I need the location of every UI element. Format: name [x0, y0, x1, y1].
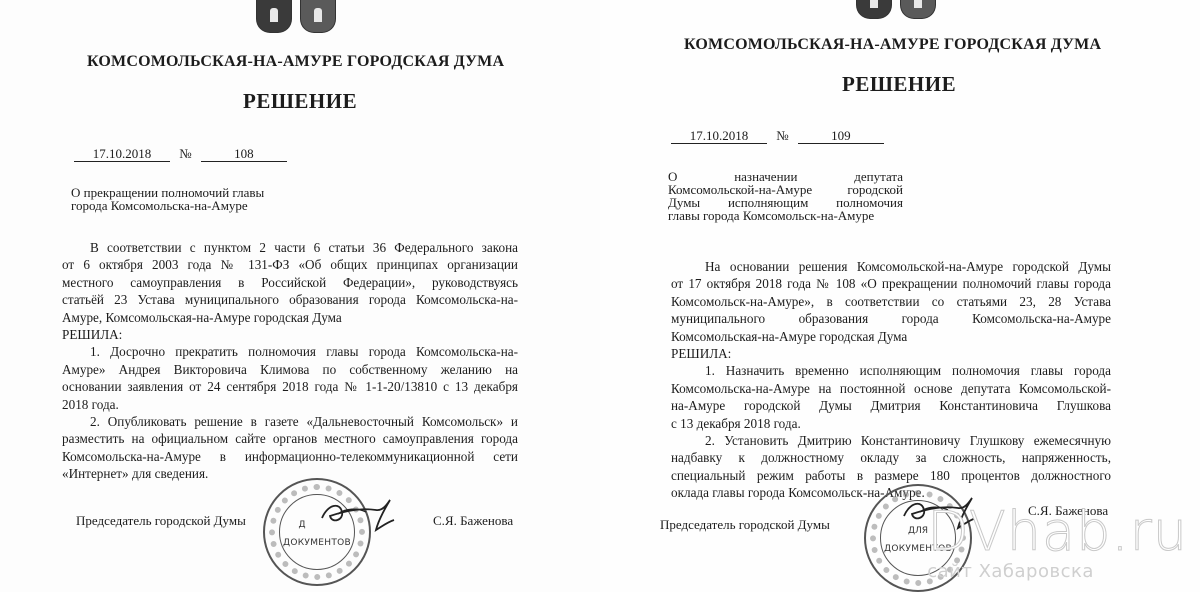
signature-icon — [318, 496, 398, 536]
site-watermark: DVhab.ru сайт Хабаровска — [927, 505, 1188, 582]
preamble-line: статьёй 23 Устава муниципального образов… — [62, 291, 518, 308]
subject-line: главы города Комсомольск-на-Амуре — [668, 209, 903, 222]
city-emblem-icon — [300, 0, 336, 33]
seal-bottom-text: ДОКУМЕНТОВ — [265, 538, 369, 548]
preamble-line: муниципального образования города Комсом… — [671, 310, 1111, 327]
preamble-line: от 17 октября 2018 года № 108 «О прекращ… — [671, 275, 1111, 292]
document-date: 17.10.2018 — [671, 129, 767, 144]
organization-name: КОМСОМОЛЬСКАЯ-НА-АМУРЕ ГОРОДСКАЯ ДУМА — [684, 36, 1101, 54]
signer-role: Председатель городской Думы — [76, 513, 246, 529]
coat-of-arms-icon — [856, 0, 892, 19]
number-sign: № — [776, 128, 788, 143]
item-2-line: специальный режим работы в размере 180 п… — [671, 467, 1111, 484]
preamble-line: местного самоуправления в Российской Фед… — [62, 274, 518, 291]
item-2-line: разместить на официальном сайте органов … — [62, 430, 518, 447]
document-body: На основании решения Комсомольской-на-Ам… — [671, 258, 1111, 502]
item-2-line: 2. Установить Дмитрию Константиновичу Гл… — [671, 432, 1111, 449]
date-number-line: 17.10.2018 № 108 — [74, 146, 287, 162]
preamble-line: Комсомольская-на-Амуре городская Дума — [671, 328, 1111, 345]
document-subject: О прекращении полномочий главы города Ко… — [71, 186, 264, 212]
signer-name: С.Я. Баженова — [433, 513, 513, 529]
preamble-line: Амуре, Комсомольская-на-Амуре городская … — [62, 309, 518, 326]
coat-of-arms-group — [256, 0, 336, 33]
document-number: 108 — [201, 147, 287, 162]
document-type-title: РЕШЕНИЕ — [243, 89, 357, 114]
item-1-line: на-Амуре городской Думы Дмитрия Констант… — [671, 397, 1111, 414]
resolved-label: РЕШИЛА: — [62, 326, 518, 343]
document-date: 17.10.2018 — [74, 147, 170, 162]
item-1-line: Комсомольска-на-Амуре на постоянной осно… — [671, 380, 1111, 397]
document-decision-108: КОМСОМОЛЬСКАЯ-НА-АМУРЕ ГОРОДСКАЯ ДУМА РЕ… — [0, 0, 600, 592]
organization-name: КОМСОМОЛЬСКАЯ-НА-АМУРЕ ГОРОДСКАЯ ДУМА — [87, 53, 504, 71]
coat-of-arms-icon — [256, 0, 292, 33]
preamble-line: от 6 октября 2003 года № 131-ФЗ «Об общи… — [62, 256, 518, 273]
resolved-label: РЕШИЛА: — [671, 345, 1111, 362]
item-1-line: основании заявления от 24 сентября 2018 … — [62, 378, 518, 395]
item-1-line: 1. Назначить временно исполняющим полном… — [671, 362, 1111, 379]
document-number: 109 — [798, 129, 884, 144]
date-number-line: 17.10.2018 № 109 — [671, 128, 884, 144]
item-1-line: с 13 декабря 2018 года. — [671, 415, 1111, 432]
document-subject: О назначении депутата Комсомольской-на-А… — [668, 170, 903, 222]
document-body: В соответствии с пунктом 2 части 6 стать… — [62, 239, 518, 483]
preamble-line: Комсомольск-на-Амуре», в соответствии со… — [671, 293, 1111, 310]
item-2-line: 2. Опубликовать решение в газете «Дальне… — [62, 413, 518, 430]
preamble-line: На основании решения Комсомольской-на-Ам… — [671, 258, 1111, 275]
signer-role: Председатель городской Думы — [660, 517, 830, 533]
item-1-line: 2018 года. — [62, 396, 518, 413]
item-1-line: Амуре» Андрея Викторовича Климова по соб… — [62, 361, 518, 378]
watermark-tagline: сайт Хабаровска — [927, 561, 1188, 582]
document-type-title: РЕШЕНИЕ — [842, 72, 956, 97]
watermark-site: DVhab.ru — [927, 505, 1188, 559]
coat-of-arms-group — [856, 0, 936, 19]
preamble-line: В соответствии с пунктом 2 части 6 стать… — [62, 239, 518, 256]
item-2-line: «Интернет» для сведения. — [62, 465, 518, 482]
item-2-line: Комсомольска-на-Амуре в информационно-те… — [62, 448, 518, 465]
number-sign: № — [179, 146, 191, 161]
subject-line: города Комсомольска-на-Амуре — [71, 199, 264, 212]
item-2-line: надбавку к должностному окладу за сложно… — [671, 449, 1111, 466]
item-1-line: 1. Досрочно прекратить полномочия главы … — [62, 343, 518, 360]
city-emblem-icon — [900, 0, 936, 19]
